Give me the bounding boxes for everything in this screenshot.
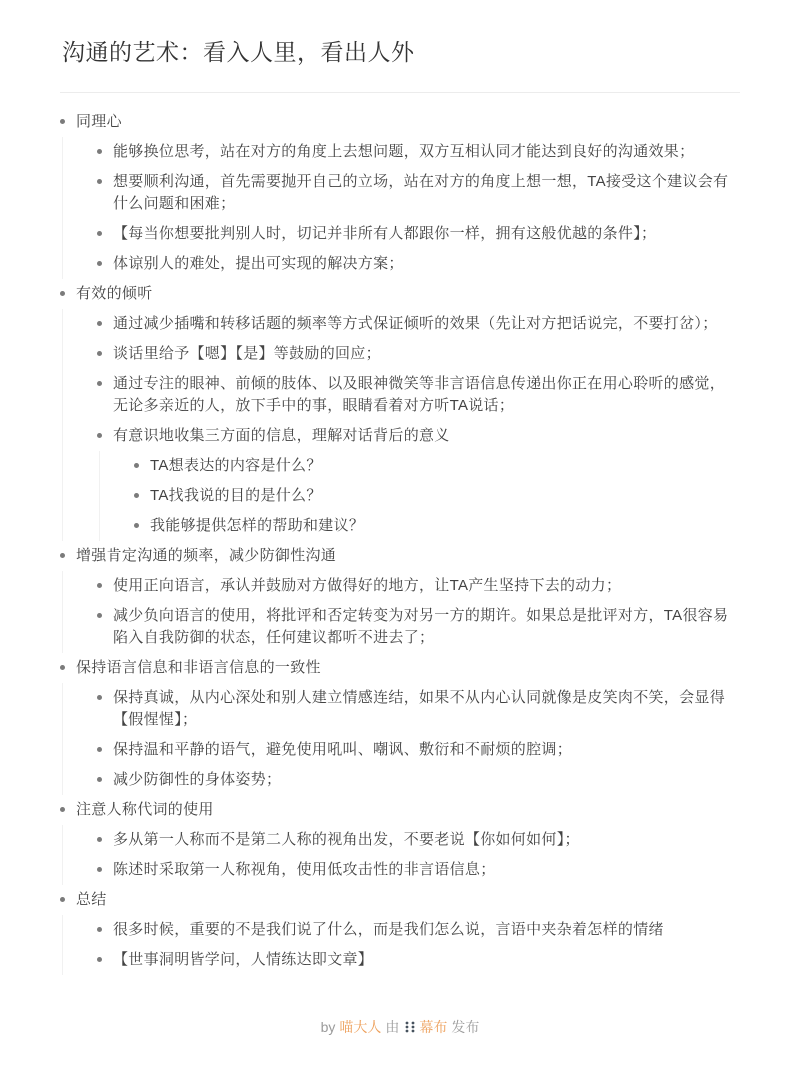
outline-node: 体谅别人的难处，提出可实现的解决方案；	[97, 249, 740, 279]
outline-item-text: 有意识地收集三方面的信息，理解对话背后的意义	[113, 427, 450, 444]
outline-item: 能够换位思考，站在对方的角度上去想问题，双方互相认同才能达到良好的沟通效果；	[97, 137, 740, 167]
dot-bullet-icon[interactable]	[60, 807, 65, 812]
outline-node: 【世事洞明皆学问，人情练达即文章】	[97, 945, 740, 975]
outline-node: 减少负向语言的使用，将批评和否定转变为对另一方的期许。如果总是批评对方，TA很容…	[97, 601, 740, 653]
dot-bullet-icon[interactable]	[134, 523, 139, 528]
outline-node: 我能够提供怎样的帮助和建议？	[134, 511, 740, 541]
outline-item-text: 减少负向语言的使用，将批评和否定转变为对另一方的期许。如果总是批评对方，TA很容…	[113, 607, 728, 646]
outline-node: 同理心能够换位思考，站在对方的角度上去想问题，双方互相认同才能达到良好的沟通效果…	[60, 107, 740, 279]
outline-item: TA想表达的内容是什么？	[134, 451, 740, 481]
outline-item-text: TA想表达的内容是什么？	[150, 457, 322, 474]
outline-item-text: 增强肯定沟通的频率，减少防御性沟通	[76, 547, 336, 564]
outline-item: 陈述时采取第一人称视角，使用低攻击性的非言语信息；	[97, 855, 740, 885]
page-title: 沟通的艺术：看入人里，看出人外	[60, 28, 740, 67]
outline-item-text: 有效的倾听	[76, 285, 153, 302]
dot-bullet-icon[interactable]	[60, 553, 65, 558]
outline-item-text: TA找我说的目的是什么？	[150, 487, 322, 504]
outline-item: 多从第一人称而不是第二人称的视角出发，不要老说【你如何如何】；	[97, 825, 740, 855]
outline-item-text: 体谅别人的难处，提出可实现的解决方案；	[113, 255, 404, 272]
outline-children: 能够换位思考，站在对方的角度上去想问题，双方互相认同才能达到良好的沟通效果；想要…	[62, 137, 740, 279]
outline-item-text: 保持语言信息和非语言信息的一致性	[76, 659, 321, 676]
outline-node: 保持温和平静的语气，避免使用吼叫、嘲讽、敷衍和不耐烦的腔调；	[97, 735, 740, 765]
outline-node: 通过减少插嘴和转移话题的频率等方式保证倾听的效果（先让对方把话说完，不要打岔）；	[97, 309, 740, 339]
outline-item: 有效的倾听	[60, 279, 740, 309]
dot-bullet-icon[interactable]	[97, 351, 102, 356]
outline-children: 使用正向语言，承认并鼓励对方做得好的地方，让TA产生坚持下去的动力；减少负向语言…	[62, 571, 740, 653]
outline-item: 保持温和平静的语气，避免使用吼叫、嘲讽、敷衍和不耐烦的腔调；	[97, 735, 740, 765]
outline-item: 通过减少插嘴和转移话题的频率等方式保证倾听的效果（先让对方把话说完，不要打岔）；	[97, 309, 740, 339]
outline-node: 保持语言信息和非语言信息的一致性保持真诚，从内心深处和别人建立情感连结，如果不从…	[60, 653, 740, 795]
outline-item: 我能够提供怎样的帮助和建议？	[134, 511, 740, 541]
brand-link[interactable]: 幕布	[419, 1019, 447, 1035]
dot-bullet-icon[interactable]	[97, 231, 102, 236]
dot-bullet-icon[interactable]	[60, 897, 65, 902]
outline-item: TA找我说的目的是什么？	[134, 481, 740, 511]
outline-item: 【世事洞明皆学问，人情练达即文章】	[97, 945, 740, 975]
outline-node: 有效的倾听通过减少插嘴和转移话题的频率等方式保证倾听的效果（先让对方把话说完，不…	[60, 279, 740, 541]
outline-node: 多从第一人称而不是第二人称的视角出发，不要老说【你如何如何】；	[97, 825, 740, 855]
outline-node: 注意人称代词的使用多从第一人称而不是第二人称的视角出发，不要老说【你如何如何】；…	[60, 795, 740, 885]
dot-bullet-icon[interactable]	[97, 777, 102, 782]
outline-item: 保持语言信息和非语言信息的一致性	[60, 653, 740, 683]
dot-bullet-icon[interactable]	[97, 321, 102, 326]
dot-bullet-icon[interactable]	[97, 957, 102, 962]
outline-item: 总结	[60, 885, 740, 915]
outline-item: 很多时候，重要的不是我们说了什么，而是我们怎么说，言语中夹杂着怎样的情绪	[97, 915, 740, 945]
outline-item: 谈话里给予【嗯】【是】等鼓励的回应；	[97, 339, 740, 369]
footer-publish-label: 发布	[451, 1019, 479, 1035]
outline-node: 能够换位思考，站在对方的角度上去想问题，双方互相认同才能达到良好的沟通效果；	[97, 137, 740, 167]
outline-item: 通过专注的眼神、前倾的肢体、以及眼神微笑等非言语信息传递出你正在用心聆听的感觉，…	[97, 369, 740, 421]
footer-by-label: by	[321, 1019, 336, 1035]
outline-node: TA找我说的目的是什么？	[134, 481, 740, 511]
outline-item: 保持真诚，从内心深处和别人建立情感连结，如果不从内心认同就像是皮笑肉不笑，会显得…	[97, 683, 740, 735]
outline-item: 体谅别人的难处，提出可实现的解决方案；	[97, 249, 740, 279]
outline-item-text: 能够换位思考，站在对方的角度上去想问题，双方互相认同才能达到良好的沟通效果；	[113, 143, 694, 160]
outline-children: 通过减少插嘴和转移话题的频率等方式保证倾听的效果（先让对方把话说完，不要打岔）；…	[62, 309, 740, 541]
dot-bullet-icon[interactable]	[97, 381, 102, 386]
outline-item-text: 很多时候，重要的不是我们说了什么，而是我们怎么说，言语中夹杂着怎样的情绪	[113, 921, 664, 938]
outline-item: 减少负向语言的使用，将批评和否定转变为对另一方的期许。如果总是批评对方，TA很容…	[97, 601, 740, 653]
outline-node: 【每当你想要批判别人时，切记并非所有人都跟你一样，拥有这般优越的条件】；	[97, 219, 740, 249]
outline-item-text: 通过减少插嘴和转移话题的频率等方式保证倾听的效果（先让对方把话说完，不要打岔）；	[113, 315, 718, 332]
outline-node: 陈述时采取第一人称视角，使用低攻击性的非言语信息；	[97, 855, 740, 885]
outline-item-text: 减少防御性的身体姿势；	[113, 771, 281, 788]
outline-item-text: 保持真诚，从内心深处和别人建立情感连结，如果不从内心认同就像是皮笑肉不笑，会显得…	[113, 689, 725, 728]
mubu-dots-logo-icon	[404, 1020, 416, 1034]
document-page: 沟通的艺术：看入人里，看出人外 同理心能够换位思考，站在对方的角度上去想问题，双…	[60, 0, 740, 1037]
outline-children: 多从第一人称而不是第二人称的视角出发，不要老说【你如何如何】；陈述时采取第一人称…	[62, 825, 740, 885]
outline-node: 保持真诚，从内心深处和别人建立情感连结，如果不从内心认同就像是皮笑肉不笑，会显得…	[97, 683, 740, 735]
title-divider	[60, 92, 740, 93]
outline-children: 保持真诚，从内心深处和别人建立情感连结，如果不从内心认同就像是皮笑肉不笑，会显得…	[62, 683, 740, 795]
outline-node: 增强肯定沟通的频率，减少防御性沟通使用正向语言，承认并鼓励对方做得好的地方，让T…	[60, 541, 740, 653]
outline-item: 使用正向语言，承认并鼓励对方做得好的地方，让TA产生坚持下去的动力；	[97, 571, 740, 601]
dot-bullet-icon[interactable]	[97, 867, 102, 872]
outline-item-text: 总结	[76, 891, 107, 908]
outline-node: 想要顺利沟通，首先需要抛开自己的立场，站在对方的角度上想一想，TA接受这个建议会…	[97, 167, 740, 219]
outline-item-text: 谈话里给予【嗯】【是】等鼓励的回应；	[113, 345, 381, 362]
outline-item-text: 我能够提供怎样的帮助和建议？	[150, 517, 364, 534]
outline-item-text: 想要顺利沟通，首先需要抛开自己的立场，站在对方的角度上想一想，TA接受这个建议会…	[113, 173, 728, 212]
dot-bullet-icon[interactable]	[97, 433, 102, 438]
dot-bullet-icon[interactable]	[97, 149, 102, 154]
outline-item: 减少防御性的身体姿势；	[97, 765, 740, 795]
outline-item-text: 陈述时采取第一人称视角，使用低攻击性的非言语信息；	[113, 861, 496, 878]
dot-bullet-icon[interactable]	[97, 695, 102, 700]
dot-bullet-icon[interactable]	[97, 583, 102, 588]
outline-item: 增强肯定沟通的频率，减少防御性沟通	[60, 541, 740, 571]
dot-bullet-icon[interactable]	[97, 261, 102, 266]
outline-node: 谈话里给予【嗯】【是】等鼓励的回应；	[97, 339, 740, 369]
outline-item-text: 【世事洞明皆学问，人情练达即文章】	[113, 951, 373, 968]
dot-bullet-icon[interactable]	[97, 837, 102, 842]
dot-bullet-icon[interactable]	[97, 927, 102, 932]
outline-node: TA想表达的内容是什么？	[134, 451, 740, 481]
outline-node: 使用正向语言，承认并鼓励对方做得好的地方，让TA产生坚持下去的动力；	[97, 571, 740, 601]
outline-node: 有意识地收集三方面的信息，理解对话背后的意义TA想表达的内容是什么？TA找我说的…	[97, 421, 740, 541]
footer-via-label: 由	[385, 1019, 399, 1035]
dot-bullet-icon[interactable]	[60, 291, 65, 296]
footer: by喵大人由 幕布发布	[60, 1017, 740, 1037]
outline-children: TA想表达的内容是什么？TA找我说的目的是什么？我能够提供怎样的帮助和建议？	[99, 451, 740, 541]
outline-item: 有意识地收集三方面的信息，理解对话背后的意义	[97, 421, 740, 451]
dot-bullet-icon[interactable]	[97, 613, 102, 618]
dot-bullet-icon[interactable]	[134, 463, 139, 468]
outline-item-text: 多从第一人称而不是第二人称的视角出发，不要老说【你如何如何】；	[113, 831, 580, 848]
outline-item: 同理心	[60, 107, 740, 137]
outline-item: 【每当你想要批判别人时，切记并非所有人都跟你一样，拥有这般优越的条件】；	[97, 219, 740, 249]
author-link[interactable]: 喵大人	[339, 1019, 381, 1035]
outline-item: 注意人称代词的使用	[60, 795, 740, 825]
outline-item-text: 通过专注的眼神、前倾的肢体、以及眼神微笑等非言语信息传递出你正在用心聆听的感觉，…	[113, 375, 725, 414]
dot-bullet-icon[interactable]	[60, 119, 65, 124]
dot-bullet-icon[interactable]	[60, 665, 65, 670]
outline-item-text: 保持温和平静的语气，避免使用吼叫、嘲讽、敷衍和不耐烦的腔调；	[113, 741, 572, 758]
dot-bullet-icon[interactable]	[97, 179, 102, 184]
dot-bullet-icon[interactable]	[134, 493, 139, 498]
outline-item-text: 同理心	[76, 113, 122, 130]
outline-node: 总结很多时候，重要的不是我们说了什么，而是我们怎么说，言语中夹杂着怎样的情绪【世…	[60, 885, 740, 975]
outline-node: 通过专注的眼神、前倾的肢体、以及眼神微笑等非言语信息传递出你正在用心聆听的感觉，…	[97, 369, 740, 421]
outline-item: 想要顺利沟通，首先需要抛开自己的立场，站在对方的角度上想一想，TA接受这个建议会…	[97, 167, 740, 219]
outline-node: 很多时候，重要的不是我们说了什么，而是我们怎么说，言语中夹杂着怎样的情绪	[97, 915, 740, 945]
outline-item-text: 【每当你想要批判别人时，切记并非所有人都跟你一样，拥有这般优越的条件】；	[113, 225, 656, 242]
outline: 同理心能够换位思考，站在对方的角度上去想问题，双方互相认同才能达到良好的沟通效果…	[60, 105, 740, 975]
outline-node: 减少防御性的身体姿势；	[97, 765, 740, 795]
outline-item-text: 注意人称代词的使用	[76, 801, 214, 818]
dot-bullet-icon[interactable]	[97, 747, 102, 752]
outline-children: 很多时候，重要的不是我们说了什么，而是我们怎么说，言语中夹杂着怎样的情绪【世事洞…	[62, 915, 740, 975]
outline-item-text: 使用正向语言，承认并鼓励对方做得好的地方，让TA产生坚持下去的动力；	[113, 577, 621, 594]
